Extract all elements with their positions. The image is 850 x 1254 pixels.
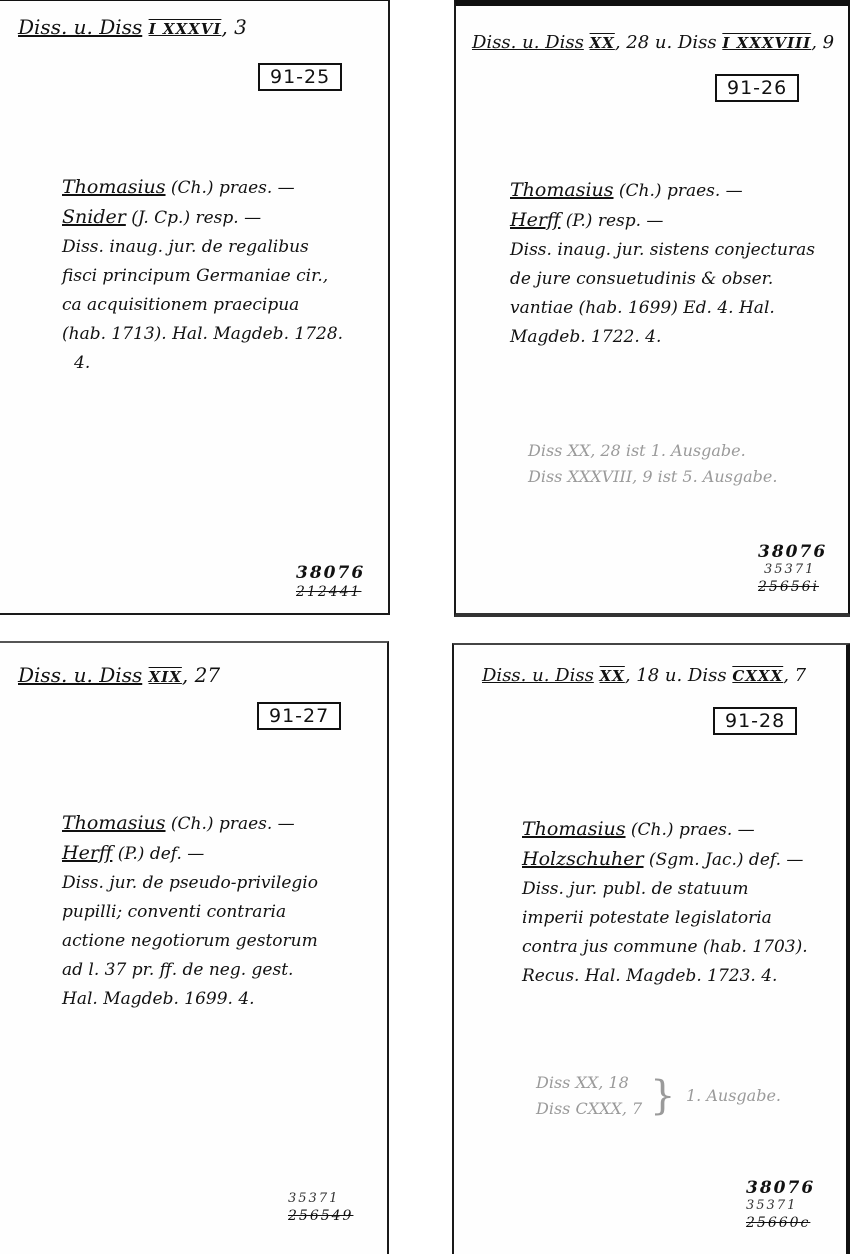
shelfmark: Diss. u. Diss I XXXVI, 3 — [18, 15, 247, 39]
shelfmark-volume-2: I XXXVIII — [722, 34, 811, 52]
author-name: Thomasius — [522, 818, 626, 840]
edition-note: Diss XXXVIII, 9 ist 5. Ausgabe. — [528, 464, 777, 490]
call-number: 91-28 — [713, 707, 797, 735]
accession-numbers: 35371 256549 — [288, 1191, 353, 1225]
defendant-name: Herff — [62, 842, 112, 864]
shelfmark-volume-2: CXXX — [732, 667, 783, 685]
catalog-card-91-25: Diss. u. Diss I XXXVI, 3 91-25 Thomasius… — [0, 0, 390, 615]
shelfmark-item-2: , 7 — [783, 665, 806, 686]
title-line: contra jus commune (hab. 1703). — [522, 933, 808, 962]
author-role: (Ch.) praes. — — [166, 814, 295, 834]
accession-number: 38076 — [296, 563, 365, 583]
title-line: ca acquisitionem praecipua — [62, 291, 343, 320]
defendant-line: Herff (P.) def. — — [62, 839, 318, 869]
accession-numbers: 38076 35371 25660c — [746, 1178, 815, 1232]
respondent-name: Herff — [510, 209, 560, 231]
struck-accession-number: 256549 — [288, 1207, 353, 1225]
brace-icon: } — [650, 1073, 675, 1119]
respondent-line: Herff (P.) resp. — — [510, 206, 815, 236]
catalog-card-91-26: Diss. u. Diss XX, 28 u. Diss I XXXVIII, … — [454, 0, 850, 617]
respondent-line: Snider (J. Cp.) resp. — — [62, 203, 343, 233]
shelfmark-item: , 27 — [182, 663, 220, 687]
shelfmark-volume: XX — [590, 34, 615, 52]
title-line: pupilli; conventi contraria — [62, 898, 318, 927]
call-number: 91-25 — [258, 63, 342, 91]
call-number: 91-26 — [715, 74, 799, 102]
shelfmark-prefix: Diss. u. Diss — [18, 663, 142, 687]
card-body: Thomasius (Ch.) praes. — Holzschuher (Sg… — [522, 815, 808, 991]
card-body: Thomasius (Ch.) praes. — Herff (P.) resp… — [510, 176, 815, 352]
call-number: 91-27 — [257, 702, 341, 730]
defendant-role: (Sgm. Jac.) def. — — [644, 850, 804, 870]
edition-note: Diss CXXX, 7 — [536, 1096, 642, 1122]
struck-accession-number: 212441 — [296, 583, 365, 601]
title-line: vantiae (hab. 1699) Ed. 4. Hal. — [510, 294, 815, 323]
author-line: Thomasius (Ch.) praes. — — [62, 809, 318, 839]
shelfmark: Diss. u. Diss XIX, 27 — [18, 663, 220, 687]
imprint-line: Magdeb. 1722. 4. — [510, 323, 815, 352]
shelfmark-volume: I XXXVI — [149, 20, 222, 38]
defendant-line: Holzschuher (Sgm. Jac.) def. — — [522, 845, 808, 875]
card-body: Thomasius (Ch.) praes. — Snider (J. Cp.)… — [62, 173, 343, 378]
author-line: Thomasius (Ch.) praes. — — [522, 815, 808, 845]
accession-number-secondary: 35371 — [746, 1198, 815, 1214]
struck-accession-number: 25660c — [746, 1214, 815, 1232]
title-line: fisci principum Germaniae cir., — [62, 262, 343, 291]
pencil-note: Diss XX, 28 ist 1. Ausgabe. Diss XXXVIII… — [528, 438, 777, 490]
shelfmark: Diss. u. Diss XX, 28 u. Diss I XXXVIII, … — [472, 32, 834, 53]
accession-numbers: 38076 35371 25656i — [758, 542, 827, 596]
shelfmark-prefix: Diss. u. Diss — [472, 32, 584, 53]
shelfmark-item-2: , 9 — [811, 32, 834, 53]
author-role: (Ch.) praes. — — [614, 181, 743, 201]
shelfmark-item: , 18 u. Diss — [625, 665, 727, 686]
author-name: Thomasius — [62, 176, 166, 198]
edition-side-note: 1. Ausgabe. — [686, 1083, 781, 1109]
shelfmark-volume: XX — [600, 667, 625, 685]
shelfmark-prefix: Diss. u. Diss — [18, 15, 142, 39]
defendant-role: (P.) def. — — [112, 844, 204, 864]
author-role: (Ch.) praes. — — [166, 178, 295, 198]
accession-number-secondary: 35371 — [288, 1191, 353, 1207]
shelfmark-volume: XIX — [149, 668, 182, 686]
struck-accession-number: 25656i — [758, 578, 827, 596]
catalog-card-91-27: Diss. u. Diss XIX, 27 91-27 Thomasius (C… — [0, 641, 389, 1254]
shelfmark-item: , 3 — [221, 15, 246, 39]
title-line: Diss. inaug. jur. sistens conjecturas — [510, 236, 815, 265]
respondent-role: (P.) resp. — — [560, 211, 663, 231]
author-line: Thomasius (Ch.) praes. — — [510, 176, 815, 206]
author-role: (Ch.) praes. — — [626, 820, 755, 840]
title-line: Diss. inaug. jur. de regalibus — [62, 233, 343, 262]
shelfmark-item: , 28 u. Diss — [615, 32, 717, 53]
edition-note: Diss XX, 18 — [536, 1070, 642, 1096]
accession-numbers: 38076 212441 — [296, 563, 365, 601]
title-line: Diss. jur. publ. de statuum — [522, 875, 808, 904]
imprint-line: Recus. Hal. Magdeb. 1723. 4. — [522, 962, 808, 991]
respondent-role: (J. Cp.) resp. — — [126, 208, 261, 228]
author-line: Thomasius (Ch.) praes. — — [62, 173, 343, 203]
author-name: Thomasius — [510, 179, 614, 201]
title-line: de jure consuetudinis & obser. — [510, 265, 815, 294]
imprint-line: Hal. Magdeb. 1699. 4. — [62, 985, 318, 1014]
accession-number: 38076 — [746, 1178, 815, 1198]
title-line: Diss. jur. de pseudo-privilegio — [62, 869, 318, 898]
edition-note: Diss XX, 28 ist 1. Ausgabe. — [528, 438, 777, 464]
shelfmark: Diss. u. Diss XX, 18 u. Diss CXXX, 7 — [482, 665, 806, 686]
title-line: imperii potestate legislatoria — [522, 904, 808, 933]
format-line: 4. — [62, 349, 343, 378]
accession-number-secondary: 35371 — [758, 562, 827, 578]
pencil-note: Diss XX, 18 Diss CXXX, 7 — [536, 1070, 642, 1122]
author-name: Thomasius — [62, 812, 166, 834]
imprint-line: (hab. 1713). Hal. Magdeb. 1728. — [62, 320, 343, 349]
shelfmark-prefix: Diss. u. Diss — [482, 665, 594, 686]
accession-number: 38076 — [758, 542, 827, 562]
catalog-card-91-28: Diss. u. Diss XX, 18 u. Diss CXXX, 7 91-… — [452, 643, 850, 1254]
title-line: actione negotiorum gestorum — [62, 927, 318, 956]
title-line: ad l. 37 pr. ff. de neg. gest. — [62, 956, 318, 985]
respondent-name: Snider — [62, 206, 126, 228]
card-body: Thomasius (Ch.) praes. — Herff (P.) def.… — [62, 809, 318, 1014]
defendant-name: Holzschuher — [522, 848, 644, 870]
